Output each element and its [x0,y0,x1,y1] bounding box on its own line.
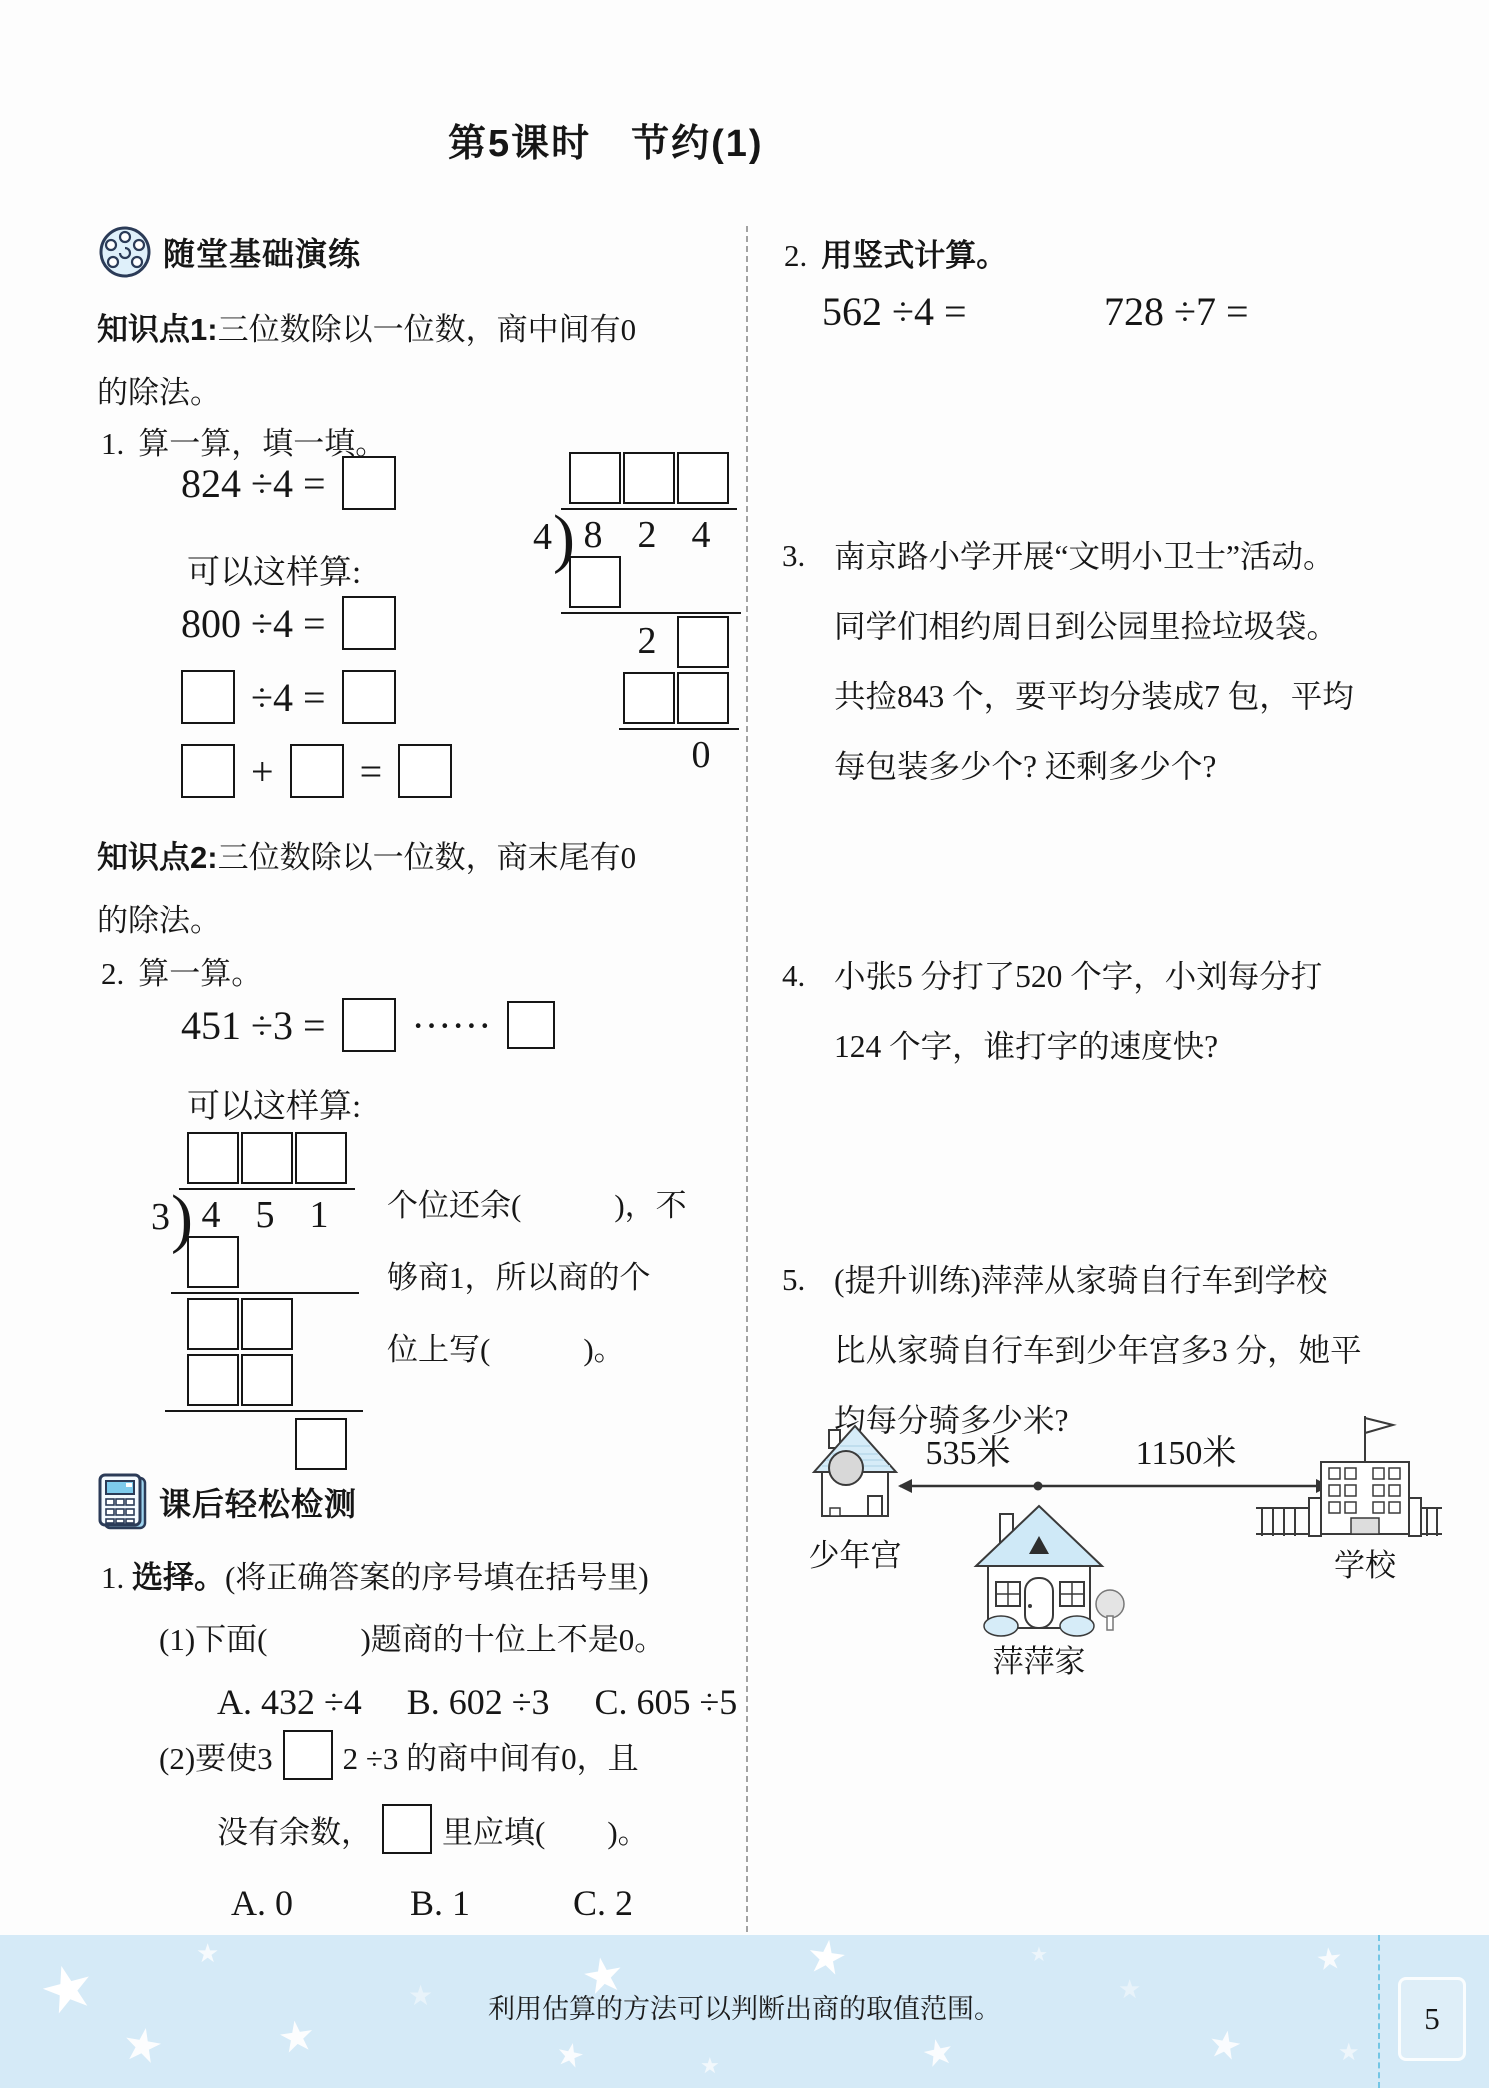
plus-sign: + [251,748,274,795]
hw1-sub2-pre: (2)要使3 [159,1733,273,1778]
youth-palace-label: 少年宫 [809,1538,902,1573]
division-line [561,612,741,614]
answer-box[interactable] [342,670,396,724]
q3-line-3: 共捡843 个，要平均分装成7 包，平均 [834,662,1354,732]
question-2v-number: 2. [784,238,807,274]
question-2-vertical: 2. 用竖式计算。 [784,230,1007,275]
star-icon: ★ [1338,2041,1360,2065]
page-title: 第5课时 节约(1) [448,112,764,167]
answer-box[interactable] [181,670,235,724]
equation-728: 728 ÷7 = [1104,288,1249,335]
answer-box[interactable] [290,744,344,798]
answer-box[interactable] [569,452,621,504]
hw1-sub2-line1: (2)要使3 2 ÷3 的商中间有0，且 [159,1730,639,1780]
worksheet-page: 第5课时 节约(1) 随堂基础演练 知识点1:三位数除以一位数，商中间有0 的除… [0,0,1489,2088]
long-division-451: 3 ) 4 5 1 [151,1132,367,1468]
kp2-label: 知识点2: [97,840,218,875]
question-2-title: 算一算。 [138,948,262,993]
distance-arrow [898,1479,1330,1493]
film-reel-icon [97,224,153,280]
answer-box[interactable] [677,672,729,724]
hw1-sub2-line2: 没有余数， 里应填( )。 [217,1804,649,1854]
star-icon: ★ [1315,1944,1345,1977]
q4-line-2: 124 个字，谁打字的速度快? [834,1012,1322,1082]
kp1-text-line1: 三位数除以一位数，商中间有0 [218,312,637,347]
hw1-sub2b-post: 里应填( )。 [442,1807,649,1852]
equation-451: 451 ÷3 = ······ [181,998,555,1052]
star-icon: ★ [553,2036,588,2073]
equation-blank-div: ÷4 = [181,670,396,724]
kp2-text-line1: 三位数除以一位数，商末尾有0 [218,840,637,875]
division-line [619,728,739,730]
pingping-house-icon [976,1506,1124,1636]
division-line [171,1292,359,1294]
q5-line-1: (提升训练)萍萍从家骑自行车到学校 [834,1246,1362,1316]
answer-box[interactable] [507,1001,555,1049]
answer-box[interactable] [677,616,729,668]
long-division-824: 4 ) 8 2 4 2 0 [533,452,745,762]
knowledge-point-1: 知识点1:三位数除以一位数，商中间有0 的除法。 [97,298,636,424]
remainder-dots: ······ [412,1002,492,1049]
equation-824-text: 824 ÷4 = [181,460,326,507]
left-column: 随堂基础演练 知识点1:三位数除以一位数，商中间有0 的除法。 1. 算一算，填… [95,222,750,1934]
division-note: 个位还余( )，不 够商1，所以商的个 位上写( )。 [387,1170,687,1386]
star-icon: ★ [1205,2024,1245,2067]
equation-800: 800 ÷4 = [181,596,396,650]
divisor-digit: 3 [151,1198,170,1236]
school-icon [1256,1416,1442,1536]
answer-box[interactable] [342,596,396,650]
note-line-3: 位上写( )。 [387,1314,687,1386]
answer-box[interactable] [623,672,675,724]
homework-question-1: 1. 选择。(将正确答案的序号填在括号里) [101,1552,649,1597]
hw1-sub2-post: 2 ÷3 的商中间有0，且 [343,1733,639,1778]
kp1-label: 知识点1: [97,312,218,347]
answer-box[interactable] [241,1298,293,1350]
right-column: 2. 用竖式计算。 562 ÷4 = 728 ÷7 = 3. 南京路小学开展“文… [782,222,1437,1934]
answer-box[interactable] [342,998,396,1052]
answer-box[interactable] [187,1236,239,1288]
q4-line-1: 小张5 分打了520 个字，小刘每分打 [834,942,1322,1012]
section-homework-label: 课后轻松检测 [159,1479,357,1525]
dividend-digit: 1 [299,1196,339,1234]
question-2: 2. 算一算。 [101,948,262,993]
equation-451-text: 451 ÷3 = [181,1002,326,1049]
knowledge-point-2: 知识点2:三位数除以一位数，商末尾有0 的除法。 [97,826,636,952]
dividend-digit: 4 [681,516,721,554]
equation-824: 824 ÷4 = [181,456,396,510]
equation-562: 562 ÷4 = [822,288,967,335]
remainder-digit: 0 [681,736,721,774]
question-1-number: 1. [101,426,124,462]
division-line [165,1410,363,1412]
division-vinculum [179,1188,355,1190]
q5-line-2: 比从家骑自行车到少年宫多3 分，她平 [834,1316,1362,1386]
calculator-icon [97,1472,149,1532]
note-line-2: 够商1，所以商的个 [387,1242,687,1314]
answer-box[interactable] [283,1730,333,1780]
distance-535-label: 535米 [926,1434,1011,1472]
section-classwork-label: 随堂基础演练 [163,229,361,275]
answer-box[interactable] [623,452,675,504]
question-4: 4. 小张5 分打了520 个字，小刘每分打 124 个字，谁打字的速度快? [782,942,1322,1082]
note-line-1: 个位还余( )，不 [387,1170,687,1242]
section-homework-header: 课后轻松检测 [97,1472,357,1532]
kp1-text-line2: 的除法。 [97,361,636,424]
hw1-instruction: (将正确答案的序号填在括号里) [225,1560,649,1595]
answer-box[interactable] [241,1132,293,1184]
answer-box[interactable] [187,1354,239,1406]
dividend-digit: 2 [627,516,667,554]
dividend-digit: 5 [245,1196,285,1234]
question-4-number: 4. [782,958,805,994]
equation-blank-sum: + = [181,744,452,798]
hw1-sub2b-pre: 没有余数， [217,1807,372,1852]
hw1-sub1-options: A. 432 ÷4 B. 602 ÷3 C. 605 ÷5 [217,1674,737,1725]
option-c: C. 2 [573,1882,633,1924]
footer-note: 利用估算的方法可以判断出商的取值范围。 [0,1987,1489,2026]
youth-palace-icon [814,1426,896,1516]
vertical-calc-equations: 562 ÷4 = 728 ÷7 = [782,288,1437,348]
divisor-digit: 4 [533,518,552,556]
answer-box[interactable] [187,1132,239,1184]
equation-blank-div-op: ÷4 = [251,674,326,721]
star-icon: ★ [196,1941,219,1967]
division-vinculum [561,508,737,510]
answer-box[interactable] [241,1354,293,1406]
hint-2: 可以这样算: [187,1080,361,1127]
footer: ★ ★ ★ ★ ★ ★ ★ ★ ★ ★ ★ ★ ★ ★ ★ 利用估算的方法可以判… [0,1935,1489,2088]
school-label: 学校 [1334,1548,1397,1583]
star-icon: ★ [118,2020,167,2072]
footer-divider [1378,1935,1380,2088]
answer-box[interactable] [342,456,396,510]
q3-line-4: 每包装多少个? 还剩多少个? [834,732,1354,802]
partial-digit: 2 [627,622,667,660]
question-2-number: 2. [101,956,124,992]
answer-box[interactable] [677,452,729,504]
answer-box[interactable] [382,1804,432,1854]
hw1-sub1: (1)下面( )题商的十位上不是0。 [159,1614,665,1659]
distance-diagram: 少年宫 535米 1150米 [798,1414,1442,1699]
star-icon: ★ [803,1935,850,1984]
star-icon: ★ [700,2055,720,2077]
page-number: 5 [1398,1977,1466,2061]
answer-box[interactable] [295,1418,347,1470]
answer-box[interactable] [181,744,235,798]
hw1-verb: 选择。 [132,1560,225,1595]
equation-800-text: 800 ÷4 = [181,600,326,647]
star-icon: ★ [1030,1945,1048,1965]
hint-1: 可以这样算: [187,546,361,593]
answer-box[interactable] [398,744,452,798]
dividend-digit: 4 [191,1196,231,1234]
option-a: A. 0 [231,1882,293,1924]
section-classwork-header: 随堂基础演练 [97,224,361,280]
option-b: B. 1 [410,1882,470,1924]
equals-sign: = [360,748,383,795]
question-3: 3. 南京路小学开展“文明小卫士”活动。 同学们相约周日到公园里捡垃圾袋。 共捡… [782,522,1354,802]
hw1-sub2-options: A. 0 B. 1 C. 2 [95,1882,750,1932]
distance-1150-label: 1150米 [1136,1434,1237,1472]
dividend-digit: 8 [573,516,613,554]
star-icon: ★ [919,2032,958,2074]
question-3-number: 3. [782,538,805,574]
answer-box[interactable] [569,556,621,608]
question-2v-title: 用竖式计算。 [821,230,1007,275]
question-5-number: 5. [782,1262,805,1298]
kp2-text-line2: 的除法。 [97,889,636,952]
answer-box[interactable] [187,1298,239,1350]
pingping-house-label: 萍萍家 [993,1644,1086,1679]
answer-box[interactable] [295,1132,347,1184]
q3-line-1: 南京路小学开展“文明小卫士”活动。 [834,522,1354,592]
q3-line-2: 同学们相约周日到公园里捡垃圾袋。 [834,592,1354,662]
hw1-number: 1. [101,1560,124,1595]
